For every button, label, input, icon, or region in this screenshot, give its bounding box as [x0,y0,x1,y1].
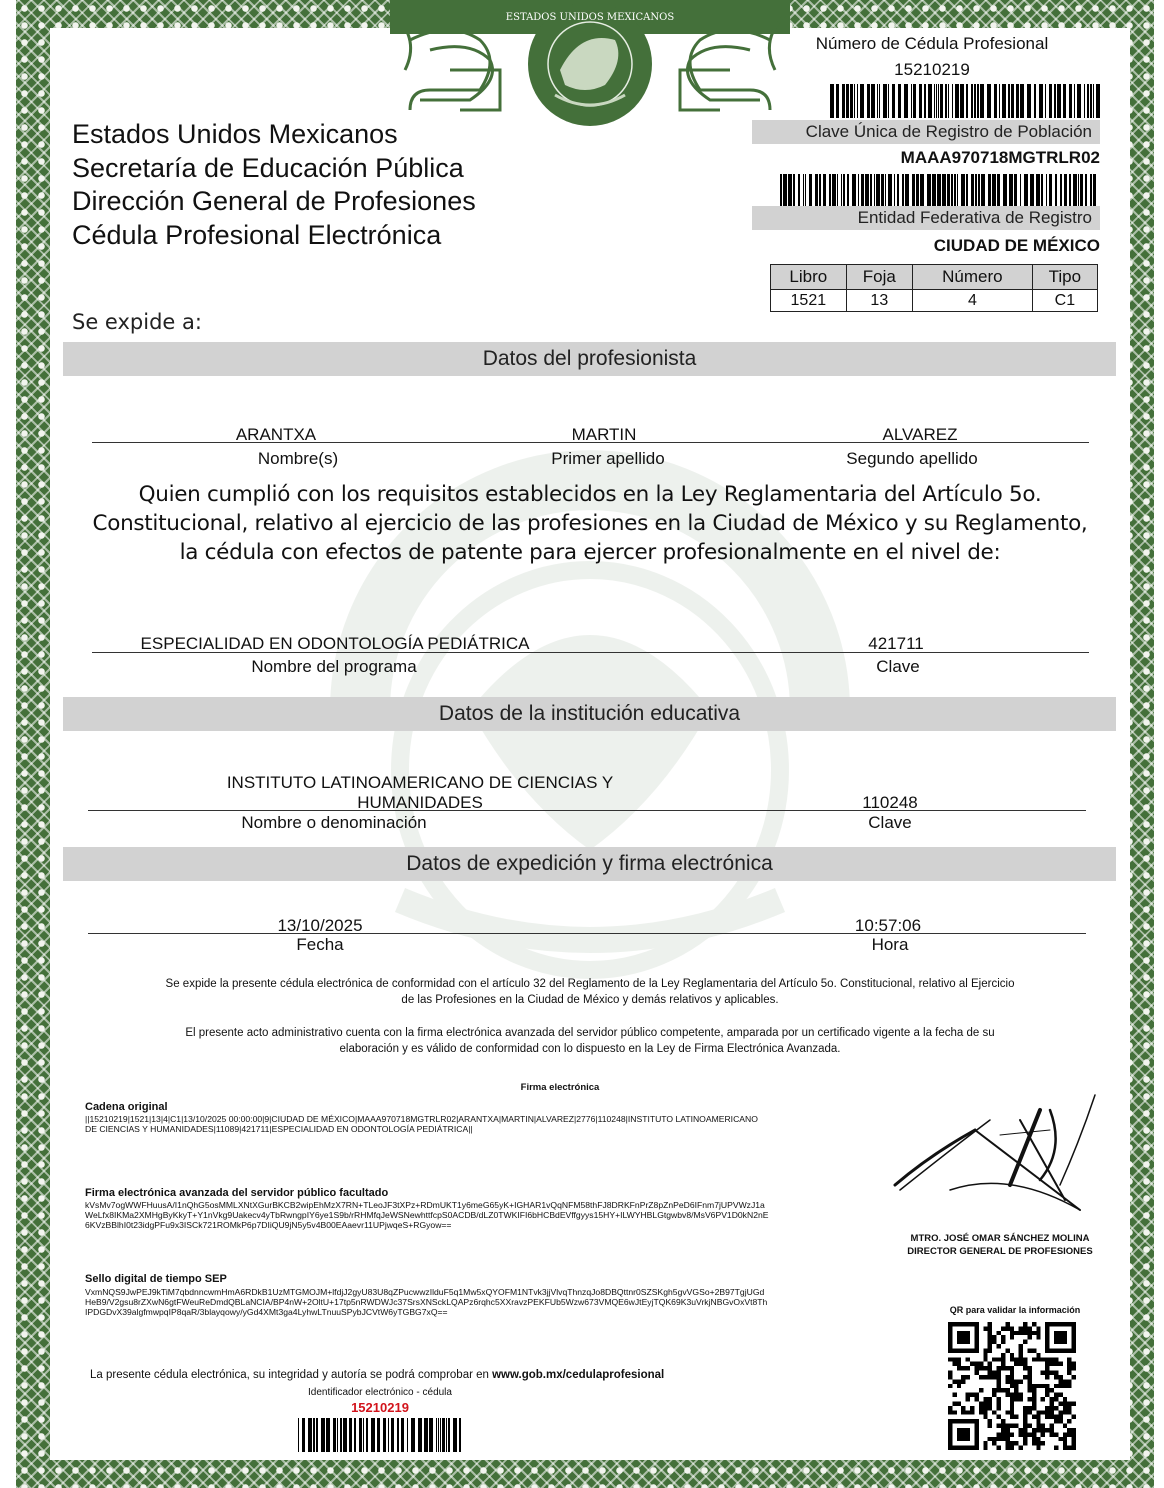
qr-code-icon[interactable] [948,1322,1076,1450]
statement-line: Constitucional, relativo al ejercicio de… [60,509,1120,538]
statement-line: Quien cumplió con los requisitos estable… [60,480,1120,509]
electronic-id-label: Identificador electrónico - cédula [280,1387,480,1398]
firma-avanzada-title: Firma electrónica avanzada del servidor … [85,1187,388,1199]
sello-line: VxmNQS9JwPEJ9kTiM7qbdnncwmHmA6RDkB1UzMTG… [85,1287,885,1297]
legal-line: elaboración y es válido de conformidad c… [80,1041,1100,1057]
curp-value: MAAA970718MGTRLR02 [901,148,1100,168]
issuer-titles: Estados Unidos Mexicanos Secretaría de E… [72,118,476,252]
legal-paragraph-2: El presente acto administrativo cuenta c… [80,1025,1100,1057]
cadena-original-title: Cadena original [85,1101,168,1113]
sello-line: IPDGDvX39algfmwpqIP8qaR/3blayqowy/yGd4XM… [85,1307,885,1317]
issuance-fecha-label: Fecha [260,935,380,955]
issuance-hora-label: Hora [840,935,940,955]
value-numero: 4 [913,290,1033,312]
statement-line: la cédula con efectos de patente para ej… [60,538,1120,567]
svg-text:ESTADOS UNIDOS MEXICANOS: ESTADOS UNIDOS MEXICANOS [506,12,675,23]
electronic-id-barcode-icon [298,1418,462,1452]
handwritten-signature-icon [890,1090,1110,1230]
legal-paragraph-1: Se expide la presente cédula electrónica… [80,976,1100,1008]
section-profesionista: Datos del profesionista [63,342,1116,376]
sello-line: HeB9/V2gsu8rZXwN6gtFWeuReDmdQBLaNCIA/BP4… [85,1297,885,1307]
divider [88,810,1086,811]
institution-name-label: Nombre o denominación [214,813,454,833]
entidad-value: CIUDAD DE MÉXICO [934,236,1100,256]
firma-title: Firma electrónica [460,1082,660,1093]
coat-of-arms-icon: ESTADOS UNIDOS MEXICANOS [390,0,790,128]
divider [88,933,1086,934]
signer-title: DIRECTOR GENERAL DE PROFESIONES [890,1246,1110,1257]
sello-text: VxmNQS9JwPEJ9kTiM7qbdnncwmHmA6RDkB1UzMTG… [85,1287,885,1317]
section-institucion: Datos de la institución educativa [63,697,1116,731]
value-foja: 13 [846,290,912,312]
firma-line: 6KVzBBlhI0t23idgPFu9x3ISCk721ROMkP6p7DIi… [85,1220,885,1230]
institution-clave-label: Clave [840,813,940,833]
value-libro: 1521 [771,290,847,312]
curp-label: Clave Única de Registro de Población [752,120,1100,144]
program-name-label: Nombre del programa [214,657,454,677]
cadena-line: DE CIENCIAS Y HUMANIDADES|11089|421711|E… [85,1124,885,1134]
divider [92,442,1089,443]
cedula-number-label: Número de Cédula Profesional [762,34,1102,54]
firma-line: kVsMv7ogWWFHuusA/I1nQhG5osMMLXNtXGurBKCB… [85,1200,885,1210]
divider [92,652,1089,653]
program-clave-label: Clave [848,657,948,677]
title-directorate: Dirección General de Profesiones [72,185,476,219]
title-ministry: Secretaría de Educación Pública [72,152,476,186]
legal-line: Se expide la presente cédula electrónica… [80,976,1100,992]
title-document: Cédula Profesional Electrónica [72,219,476,253]
person-nombre-label: Nombre(s) [198,449,398,469]
institution-name-line1: INSTITUTO LATINOAMERICANO DE CIENCIAS Y [190,773,650,793]
header-foja: Foja [846,265,912,290]
se-expide-label: Se expide a: [72,310,202,334]
verify-sentence: La presente cédula electrónica, su integ… [90,1369,492,1381]
signer-name: MTRO. JOSÉ OMAR SÁNCHEZ MOLINA [890,1233,1110,1244]
cedula-number: 15210219 [762,60,1102,80]
section-expedicion: Datos de expedición y firma electrónica [63,847,1116,881]
entidad-label: Entidad Federativa de Registro [752,206,1100,230]
verify-text: La presente cédula electrónica, su integ… [90,1369,664,1381]
cadena-original-text: ||15210219|1521|13|4|C1|13/10/2025 00:00… [85,1114,885,1134]
firma-avanzada-text: kVsMv7ogWWFHuusA/I1nQhG5osMMLXNtXGurBKCB… [85,1200,885,1230]
header-numero: Número [913,265,1033,290]
legal-line: de las Profesiones en la Ciudad de Méxic… [80,992,1100,1008]
electronic-id-value: 15210219 [280,1400,480,1415]
cadena-line: ||15210219|1521|13|4|C1|13/10/2025 00:00… [85,1114,885,1124]
value-tipo: C1 [1032,290,1097,312]
header-tipo: Tipo [1032,265,1097,290]
qr-label: QR para validar la información [935,1305,1095,1315]
title-country: Estados Unidos Mexicanos [72,118,476,152]
header-libro: Libro [771,265,847,290]
person-segundo-apellido-label: Segundo apellido [812,449,1012,469]
program-name: ESPECIALIDAD EN ODONTOLOGÍA PEDIÁTRICA [100,634,570,654]
person-primer-apellido-label: Primer apellido [508,449,708,469]
registry-table: Libro Foja Número Tipo 1521 13 4 C1 [770,264,1098,312]
curp-barcode-icon [780,174,1100,206]
sello-title: Sello digital de tiempo SEP [85,1273,227,1285]
verify-url-link[interactable]: www.gob.mx/cedulaprofesional [492,1369,664,1381]
program-clave: 421711 [846,634,946,654]
legal-line: El presente acto administrativo cuenta c… [80,1025,1100,1041]
cedula-barcode-icon [830,84,1100,118]
firma-line: WeLfx8IKMa2XMHgByKkyT+Y1nVkg9Uakecv4yTbR… [85,1210,885,1220]
legal-statement: Quien cumplió con los requisitos estable… [60,480,1120,567]
